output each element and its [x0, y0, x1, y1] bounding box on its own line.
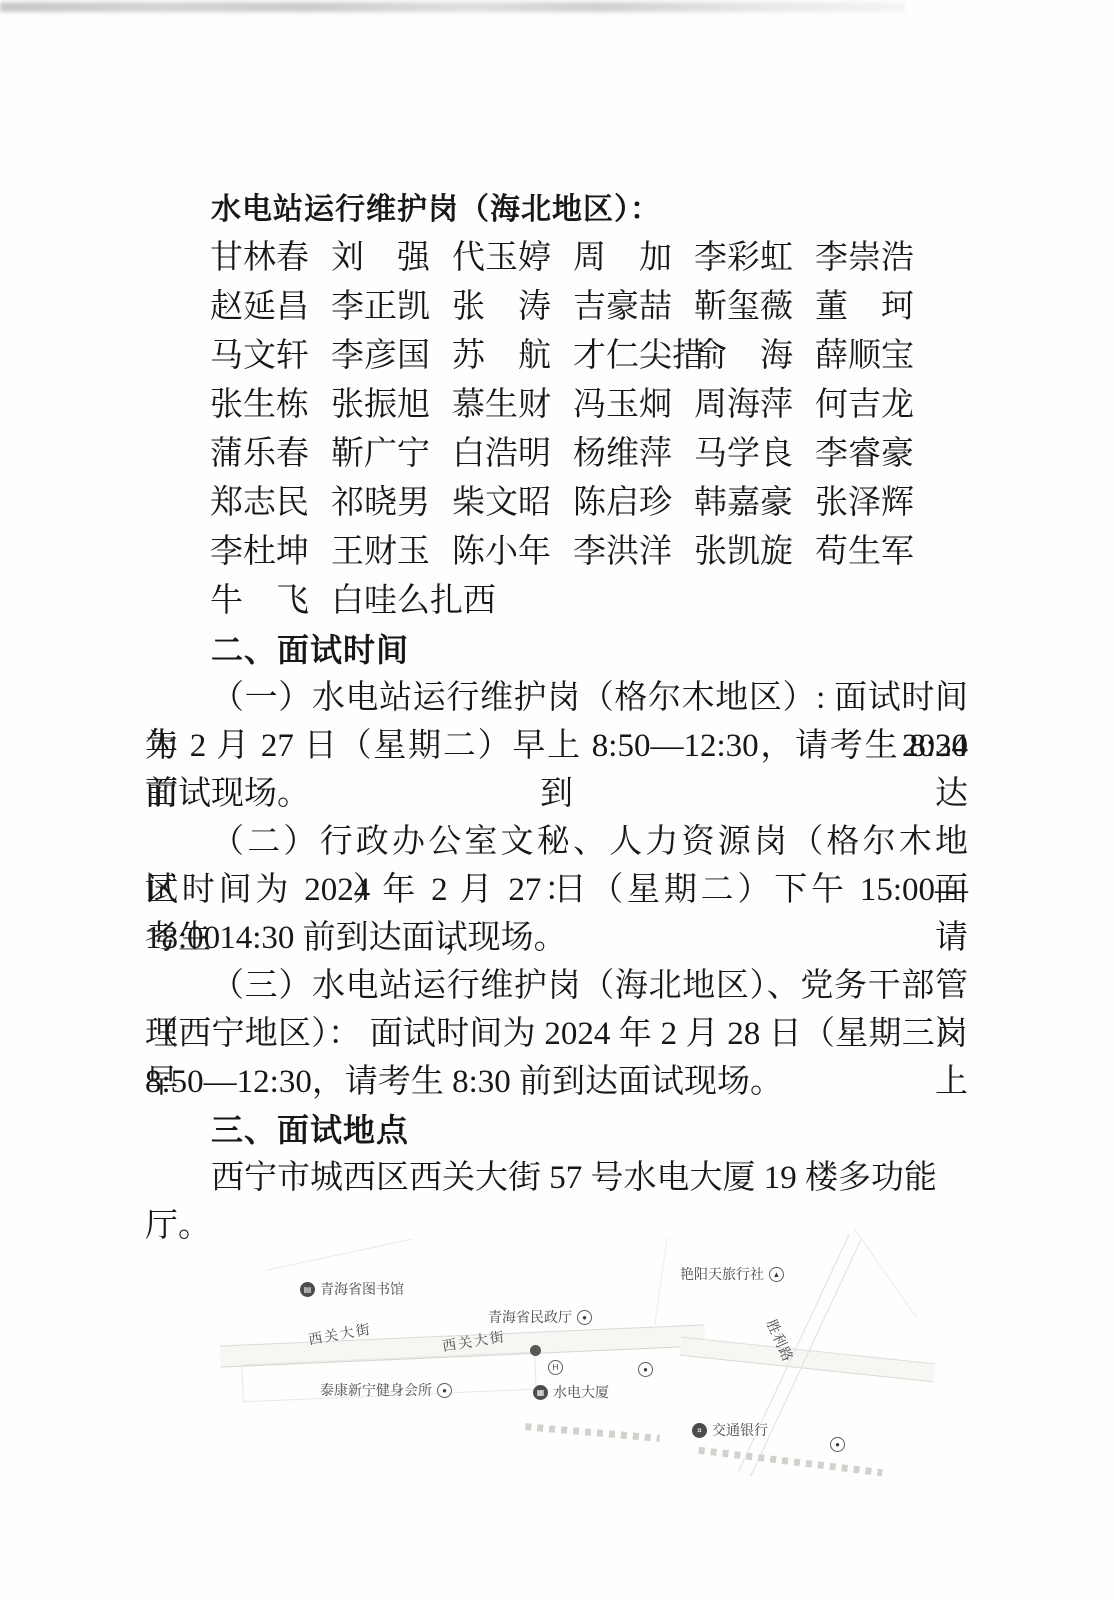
candidate-name: 张 涛	[452, 283, 573, 332]
candidate-name: 韩嘉豪	[694, 479, 815, 528]
candidate-name: 李彦国	[331, 332, 452, 381]
paragraph-interview-time-2: （二）行政办公室文秘、人力资源岗（格尔木地区）： 面 试时间为 2024 年 2…	[145, 818, 968, 962]
bank-icon: ¤	[692, 1423, 707, 1438]
candidate-name: 靳广宁	[331, 430, 452, 479]
candidate-name: 张凯旋	[694, 528, 815, 577]
paragraph-interview-time-3: （三）水电站运行维护岗（海北地区）、党务干部管理岗 （西宁地区）： 面试时间为 …	[145, 962, 968, 1106]
candidate-name: 李正凯	[331, 283, 452, 332]
candidate-name: 李崇浩	[815, 234, 936, 283]
section-heading-interview-time: 二、面试时间	[145, 626, 968, 674]
candidate-name: 苟生军	[815, 528, 936, 577]
hotel-icon: H	[548, 1360, 563, 1375]
candidate-name: 周海萍	[694, 381, 815, 430]
candidate-name: 吉豪喆	[573, 283, 694, 332]
civil-affairs-icon: ●	[577, 1310, 592, 1325]
candidate-name: 靳玺薇	[694, 283, 815, 332]
name-row: 马文轩李彦国苏 航才仁尖措俞 海薛顺宝	[145, 332, 968, 381]
candidate-name: 薛顺宝	[815, 332, 936, 381]
candidate-name: 李洪洋	[573, 528, 694, 577]
gym-icon: ●	[437, 1383, 452, 1398]
candidate-name: 祁晓男	[331, 479, 452, 528]
name-row: 李杜坤王财玉陈小年李洪洋张凯旋苟生军	[145, 528, 968, 577]
map-poi-hotel: H	[548, 1360, 563, 1375]
map-poi-civil-affairs: 青海省民政厅 ●	[488, 1307, 592, 1327]
library-icon: ▤	[300, 1282, 315, 1297]
poi-marker-icon: ●	[638, 1362, 653, 1377]
poi-label: 泰康新宁健身会所	[320, 1380, 432, 1400]
candidate-name: 张振旭	[331, 381, 452, 430]
map-poi-hydropower-building: ▦ 水电大厦	[533, 1382, 609, 1402]
candidate-name: 白浩明	[452, 430, 573, 479]
map-poi-travel-agency: 艳阳天旅行社 ▲	[680, 1264, 784, 1284]
candidate-name: 苏 航	[452, 332, 573, 381]
name-row: 郑志民祁晓男柴文昭陈启珍韩嘉豪张泽辉	[145, 479, 968, 528]
candidate-name: 白哇么扎西	[331, 577, 452, 626]
candidate-name: 何吉龙	[815, 381, 936, 430]
poi-label: 艳阳天旅行社	[680, 1264, 764, 1284]
poi-label: 交通银行	[712, 1420, 768, 1440]
map-crosswalk	[698, 1447, 882, 1476]
map-poi-bus-stop	[530, 1345, 541, 1356]
candidate-name: 陈启珍	[573, 479, 694, 528]
candidate-name: 马学良	[694, 430, 815, 479]
candidate-name: 俞 海	[694, 332, 815, 381]
map-poi-gym: 泰康新宁健身会所 ●	[320, 1380, 452, 1400]
candidate-name: 陈小年	[452, 528, 573, 577]
name-row: 牛 飞白哇么扎西	[145, 577, 968, 626]
bus-stop-icon	[530, 1345, 541, 1356]
name-row: 甘林春刘 强代玉婷周 加李彩虹李崇浩	[145, 234, 968, 283]
map-poi-library: ▤ 青海省图书馆	[300, 1279, 404, 1299]
candidate-name: 杨维萍	[573, 430, 694, 479]
candidate-name: 牛 飞	[210, 577, 331, 626]
paragraph-line: 年 2 月 27 日（星期二）早上 8:50—12:30，请考生 8:30 前到…	[145, 722, 968, 770]
scan-artifact-top	[0, 2, 905, 12]
paragraph-interview-time-1: （一）水电站运行维护岗（格尔木地区）: 面试时间为 2024 年 2 月 27 …	[145, 674, 968, 818]
name-row: 张生栋张振旭慕生财冯玉炯周海萍何吉龙	[145, 381, 968, 430]
candidate-name: 李彩虹	[694, 234, 815, 283]
candidate-name: 蒲乐春	[210, 430, 331, 479]
candidate-name: 才仁尖措	[573, 332, 694, 381]
paragraph-line: （西宁地区）： 面试时间为 2024 年 2 月 28 日（星期三）早上	[145, 1010, 968, 1058]
poi-label: 水电大厦	[553, 1382, 609, 1402]
poi-marker-icon: ●	[830, 1437, 845, 1452]
paragraph-line: 试时间为 2024 年 2 月 27 日（星期二）下午 15:00—18:00，…	[145, 866, 968, 914]
candidate-name: 慕生财	[452, 381, 573, 430]
candidate-name: 郑志民	[210, 479, 331, 528]
candidate-name: 周 加	[573, 234, 694, 283]
map-faint-line	[267, 1238, 414, 1270]
candidate-name: 刘 强	[331, 234, 452, 283]
map-poi-bank: ¤ 交通银行	[692, 1420, 768, 1440]
candidate-name: 马文轩	[210, 332, 331, 381]
map-crosswalk	[525, 1423, 660, 1442]
document-body: 水电站运行维护岗（海北地区）： 甘林春刘 强代玉婷周 加李彩虹李崇浩 赵延昌李正…	[145, 186, 968, 1202]
name-row: 赵延昌李正凯张 涛吉豪喆靳玺薇董 珂	[145, 283, 968, 332]
candidate-name: 冯玉炯	[573, 381, 694, 430]
map-faint-line	[653, 1237, 667, 1331]
candidate-name: 张生栋	[210, 381, 331, 430]
poi-label: 青海省民政厅	[488, 1307, 572, 1327]
paragraph-line: （一）水电站运行维护岗（格尔木地区）: 面试时间为 2024	[145, 674, 968, 722]
map-image: 西关大街 西关大街 胜利路 艳阳天旅行社 ▲ ▤ 青海省图书馆 青海省民政厅 ●…	[230, 1232, 910, 1477]
map-faint-line	[853, 1227, 917, 1318]
address-line: 西宁市城西区西关大街 57 号水电大厦 19 楼多功能厅。	[145, 1154, 968, 1202]
paragraph-line: （二）行政办公室文秘、人力资源岗（格尔木地区）： 面	[145, 818, 968, 866]
job-list-title: 水电站运行维护岗（海北地区）：	[145, 186, 968, 234]
scanned-document-page: 水电站运行维护岗（海北地区）： 甘林春刘 强代玉婷周 加李彩虹李崇浩 赵延昌李正…	[0, 0, 1114, 1600]
paragraph-line: （三）水电站运行维护岗（海北地区）、党务干部管理岗	[145, 962, 968, 1010]
candidate-name: 柴文昭	[452, 479, 573, 528]
section-heading-interview-location: 三、面试地点	[145, 1106, 968, 1154]
candidate-name: 王财玉	[331, 528, 452, 577]
candidate-name: 李睿豪	[815, 430, 936, 479]
candidate-name: 董 珂	[815, 283, 936, 332]
name-row: 蒲乐春靳广宁白浩明杨维萍马学良李睿豪	[145, 430, 968, 479]
candidate-name: 张泽辉	[815, 479, 936, 528]
candidate-name: 赵延昌	[210, 283, 331, 332]
building-icon: ▦	[533, 1385, 548, 1400]
candidate-name: 甘林春	[210, 234, 331, 283]
candidate-name: 代玉婷	[452, 234, 573, 283]
map-poi-marker: ●	[638, 1362, 653, 1377]
travel-agency-icon: ▲	[769, 1267, 784, 1282]
map-poi-marker: ●	[830, 1437, 845, 1452]
candidate-name-list: 甘林春刘 强代玉婷周 加李彩虹李崇浩 赵延昌李正凯张 涛吉豪喆靳玺薇董 珂 马文…	[145, 234, 968, 626]
poi-label: 青海省图书馆	[320, 1279, 404, 1299]
candidate-name: 李杜坤	[210, 528, 331, 577]
